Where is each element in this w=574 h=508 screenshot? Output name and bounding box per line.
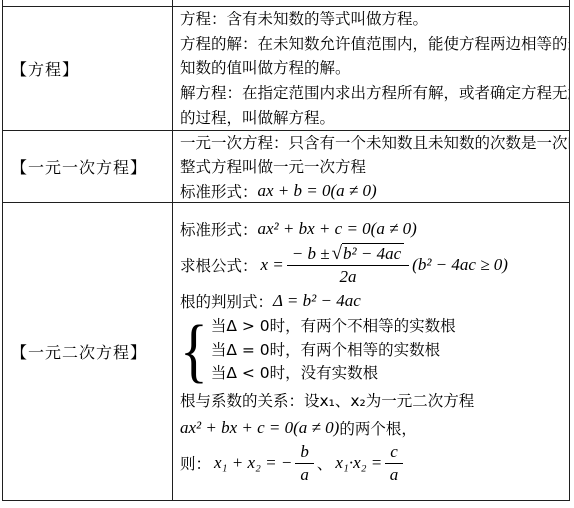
table-row-partial-top [3, 0, 569, 7]
vieta-results-line: 则： x₁ + x₂ = − b a 、 x₁·x₂ = c a [180, 442, 565, 485]
roots-formula-label: 求根公式： [180, 254, 258, 276]
partial-left-cell [3, 0, 173, 6]
roots-fraction: − b ± √ b² − 4ac 2a [287, 243, 409, 287]
linear-def-line2: 整式方程叫做一元一次方程 [180, 155, 565, 179]
radicand: b² − 4ac [342, 243, 404, 264]
left-brace-icon: { [180, 315, 208, 386]
solving-def-line: 解方程：在指定范围内求出方程所有解，或者确定方程无解 [180, 81, 565, 106]
case-negative: 当Δ < 0时，没有实数根 [211, 362, 456, 386]
discriminant-formula: Δ = b² − 4ac [273, 291, 361, 311]
quadratic-standard-formula: ax² + bx + c = 0 [258, 219, 371, 239]
table-row-linear-equation: 【一元一次方程】 一元一次方程：只含有一个未知数且未知数的次数是一次的 整式方程… [3, 131, 569, 203]
vieta-line2-formula: ax² + bx + c = 0(a ≠ 0) [180, 418, 339, 438]
vieta-product-numerator: c [390, 442, 398, 462]
equation-title-cell: 【方程】 [3, 7, 173, 130]
discriminant-label: 根的判别式： [180, 290, 273, 312]
quadratic-standard-form-line: 标准形式： ax² + bx + c = 0 (a ≠ 0) [180, 218, 565, 240]
equation-definition-table: 【方程】 方程：含有未知数的等式叫做方程。 方程的解：在未知数允许值范围内，能使… [2, 0, 570, 501]
vieta-separator: 、 [317, 452, 333, 474]
quadratic-standard-condition: (a ≠ 0) [371, 219, 417, 239]
linear-def-line1: 一元一次方程：只含有一个未知数且未知数的次数是一次的 [180, 131, 565, 155]
linear-equation-content-cell: 一元一次方程：只含有一个未知数且未知数的次数是一次的 整式方程叫做一元一次方程 … [173, 131, 569, 202]
vieta-sum-lhs: x₁ + x₂ = − [214, 453, 292, 473]
table-row-quadratic-equation: 【一元二次方程】 标准形式： ax² + bx + c = 0 (a ≠ 0) … [3, 203, 569, 500]
quadratic-equation-title-cell: 【一元二次方程】 [3, 203, 173, 500]
vieta-product-lhs: x₁·x₂ = [335, 453, 382, 473]
vieta-product-fraction: c a [385, 442, 403, 485]
vieta-line1: 根与系数的关系：设x₁、x₂为一元二次方程 [180, 389, 565, 414]
solving-def-line2: 的过程，叫做解方程。 [180, 106, 565, 130]
vieta-product-denominator: a [390, 464, 399, 485]
square-root: √ b² − 4ac [332, 243, 405, 264]
linear-standard-formula: ax + b = 0 [258, 181, 331, 201]
vieta-line2-text: 的两个根， [339, 417, 417, 439]
roots-denominator: 2a [339, 266, 356, 287]
roots-condition: (b² − 4ac ≥ 0) [412, 255, 508, 275]
roots-lhs: x = [261, 255, 284, 275]
quadratic-equation-content-cell: 标准形式： ax² + bx + c = 0 (a ≠ 0) 求根公式： x =… [173, 203, 569, 500]
discriminant-line: 根的判别式： Δ = b² − 4ac [180, 290, 565, 312]
quadratic-equation-title: 【一元二次方程】 [11, 340, 147, 363]
equation-def-line: 方程：含有未知数的等式叫做方程。 [180, 7, 565, 32]
vieta-sum-denominator: a [300, 464, 309, 485]
vieta-line2: ax² + bx + c = 0(a ≠ 0) 的两个根， [180, 417, 565, 439]
case-positive: 当Δ > 0时，有两个不相等的实数根 [211, 315, 456, 339]
vieta-sum-fraction: b a [295, 442, 314, 485]
math-notes-page: 【方程】 方程：含有未知数的等式叫做方程。 方程的解：在未知数允许值范围内，能使… [0, 0, 574, 508]
table-row-equation: 【方程】 方程：含有未知数的等式叫做方程。 方程的解：在未知数允许值范围内，能使… [3, 7, 569, 131]
discriminant-cases: 当Δ > 0时，有两个不相等的实数根 当Δ = 0时，有两个相等的实数根 当Δ … [211, 315, 456, 386]
partial-right-cell [173, 0, 569, 6]
equation-solution-def-line2: 知数的值叫做方程的解。 [180, 56, 565, 81]
linear-equation-title-cell: 【一元一次方程】 [3, 131, 173, 202]
case-zero: 当Δ = 0时，有两个相等的实数根 [211, 339, 456, 363]
vieta-sum-numerator: b [300, 442, 309, 462]
equation-solution-def-line: 方程的解：在未知数允许值范围内，能使方程两边相等的未 [180, 32, 565, 57]
vieta-then-label: 则： [180, 452, 211, 474]
quadratic-roots-formula-line: 求根公式： x = − b ± √ b² − 4ac 2a [180, 243, 565, 287]
discriminant-cases-block: { 当Δ > 0时，有两个不相等的实数根 当Δ = 0时，有两个相等的实数根 当… [180, 315, 565, 386]
equation-title: 【方程】 [11, 57, 79, 80]
quadratic-standard-form-label: 标准形式： [180, 218, 258, 240]
radical-sign-icon: √ [332, 244, 342, 263]
roots-numerator-prefix: − b ± [292, 244, 330, 264]
linear-standard-form-line: 标准形式： ax + b = 0 (a ≠ 0) [180, 179, 565, 202]
linear-standard-condition: (a ≠ 0) [331, 181, 377, 201]
linear-standard-form-label: 标准形式： [180, 180, 258, 202]
equation-content-cell: 方程：含有未知数的等式叫做方程。 方程的解：在未知数允许值范围内，能使方程两边相… [173, 7, 569, 130]
linear-equation-title: 【一元一次方程】 [11, 155, 147, 178]
